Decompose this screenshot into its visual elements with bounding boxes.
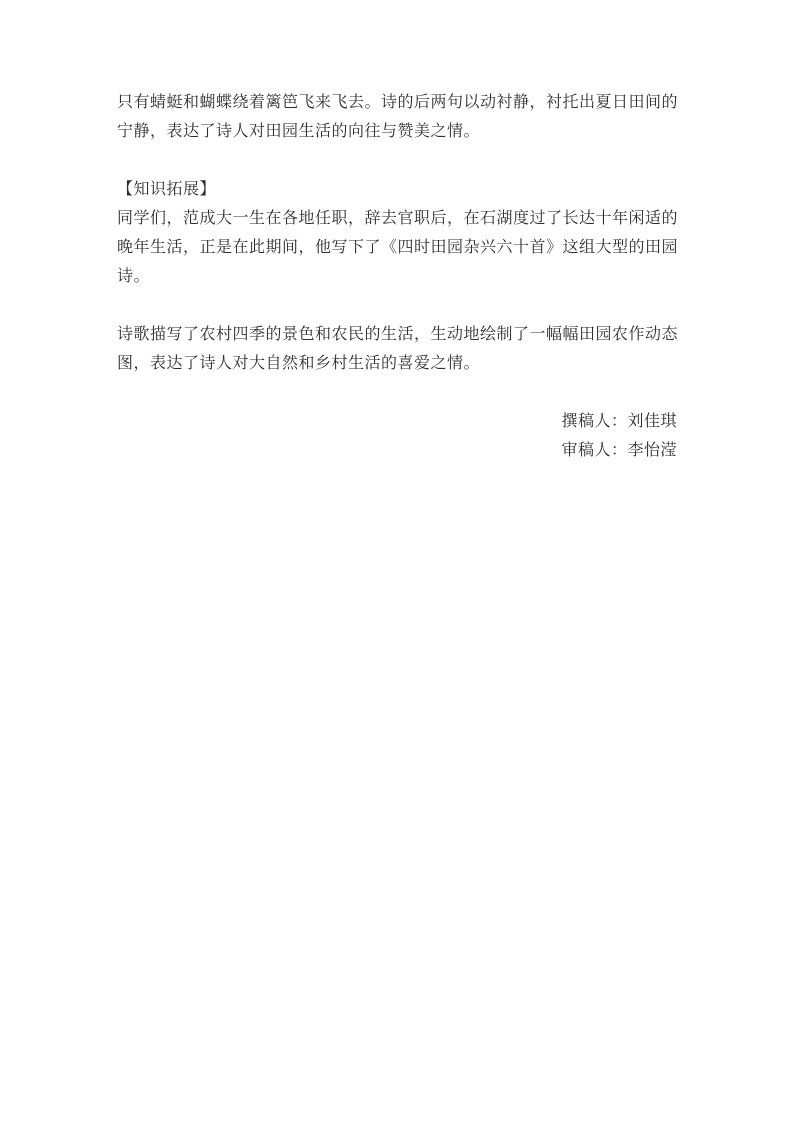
text-line: 只有蜻蜓和蝴蝶绕着篱笆飞来飞去。诗的后两句以动衬静，衬托出夏日田间的 — [117, 88, 677, 117]
section-heading: 【知识拓展】 — [117, 175, 677, 204]
reviewer-signature: 审稿人：李怡滢 — [117, 436, 677, 465]
text-line: 晚年生活，正是在此期间，他写下了《四时田园杂兴六十首》这组大型的田园 — [117, 233, 677, 262]
text-line: 图，表达了诗人对大自然和乡村生活的喜爱之情。 — [117, 349, 677, 378]
text-line: 诗。 — [117, 262, 677, 291]
text-line: 诗歌描写了农村四季的景色和农民的生活，生动地绘制了一幅幅田园农作动态 — [117, 320, 677, 349]
signature-block: 撰稿人：刘佳琪 审稿人：李怡滢 — [117, 407, 677, 465]
paragraph-fan-chengda: 同学们，范成大一生在各地任职，辞去官职后，在石湖度过了长达十年闲适的 晚年生活，… — [117, 204, 677, 291]
paragraph-poetry-theme: 诗歌描写了农村四季的景色和农民的生活，生动地绘制了一幅幅田园农作动态 图，表达了… — [117, 320, 677, 378]
author-signature: 撰稿人：刘佳琪 — [117, 407, 677, 436]
text-line: 同学们，范成大一生在各地任职，辞去官职后，在石湖度过了长达十年闲适的 — [117, 204, 677, 233]
paragraph-poem-analysis: 只有蜻蜓和蝴蝶绕着篱笆飞来飞去。诗的后两句以动衬静，衬托出夏日田间的 宁静，表达… — [117, 88, 677, 146]
document-page: 只有蜻蜓和蝴蝶绕着篱笆飞来飞去。诗的后两句以动衬静，衬托出夏日田间的 宁静，表达… — [0, 0, 794, 1123]
text-line: 宁静，表达了诗人对田园生活的向往与赞美之情。 — [117, 117, 677, 146]
knowledge-section-heading: 【知识拓展】 — [117, 175, 677, 204]
